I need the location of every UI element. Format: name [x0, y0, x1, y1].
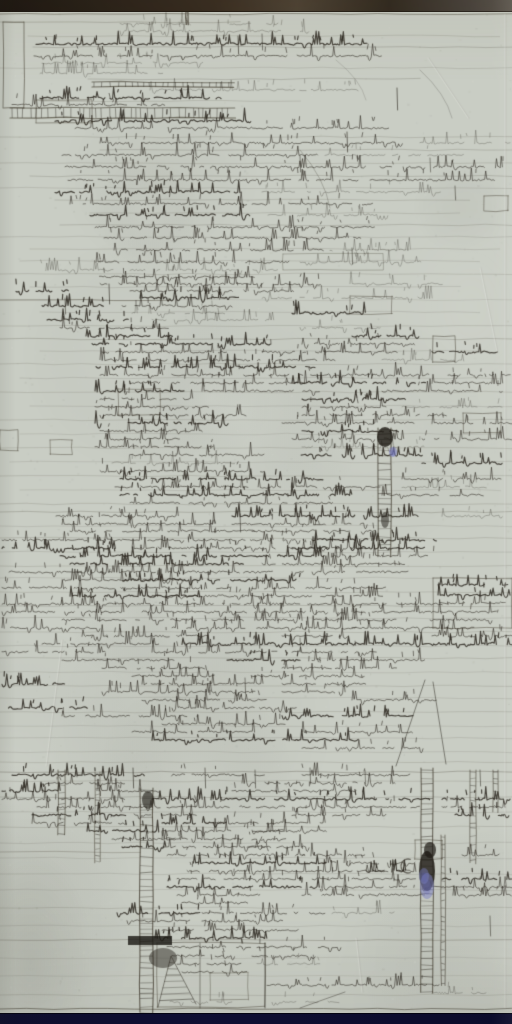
top-edge-band	[0, 0, 512, 12]
manuscript-ink-canvas	[0, 0, 512, 1024]
manuscript-page	[0, 0, 512, 1024]
bottom-edge-band	[0, 1013, 512, 1024]
